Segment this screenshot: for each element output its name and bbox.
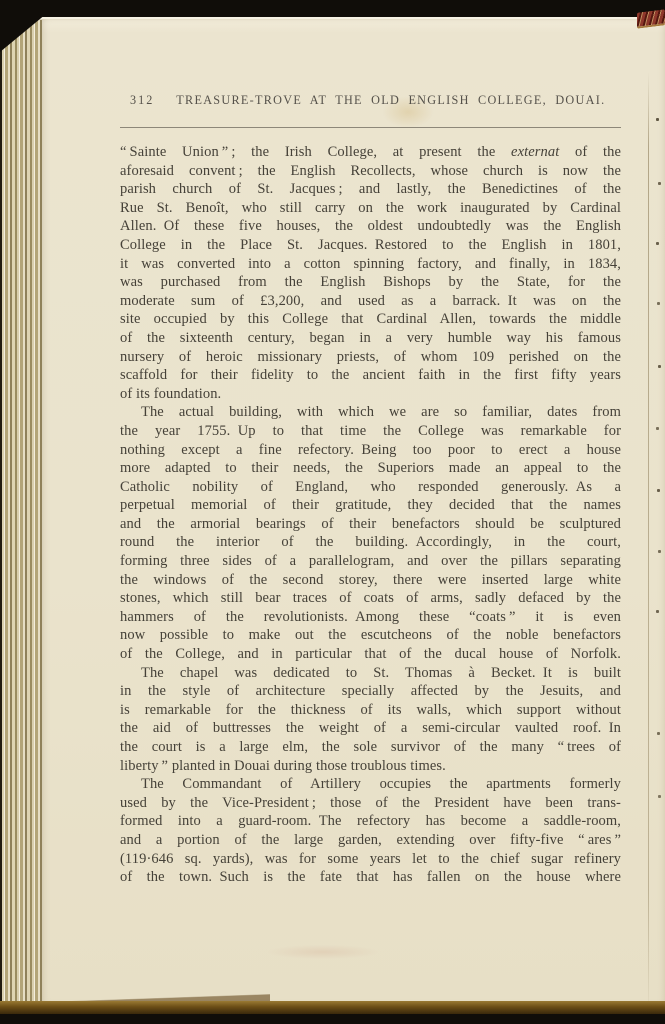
paragraph: The actual building, with which we are s…: [120, 403, 621, 663]
book-cover-bottom-edge: [0, 1001, 665, 1014]
text-line: round the interior of the building. Acco…: [120, 533, 621, 552]
text-line: now possible to make out the escutcheons…: [120, 626, 621, 645]
text-line: stones, which still bear traces of coats…: [120, 589, 621, 608]
text-line: it was converted into a cotton spinning …: [120, 255, 621, 274]
paragraph: The chapel was dedicated to St. Thomas à…: [120, 664, 621, 776]
text-line: The Commandant of Artillery occupies the…: [120, 775, 621, 794]
page-stain: [268, 945, 378, 959]
text-line: in the style of architecture specially a…: [120, 682, 621, 701]
text-line: moderate sum of £3,200, and used as a ba…: [120, 292, 621, 311]
book-headband: [637, 9, 665, 28]
text-line: site occupied by this College that Cardi…: [120, 310, 621, 329]
body-text: “ Sainte Union ” ; the Irish College, at…: [120, 143, 621, 887]
text-line: nursery of heroic missionary priests, of…: [120, 348, 621, 367]
paragraph: “ Sainte Union ” ; the Irish College, at…: [120, 143, 621, 403]
text-line: the windows of the second storey, there …: [120, 571, 621, 590]
text-line: Allen. Of these five houses, the oldest …: [120, 217, 621, 236]
text-line: was purchased from the English Bishops b…: [120, 273, 621, 292]
text-line: of the College, and in particular that o…: [120, 645, 621, 664]
paragraph: The Commandant of Artillery occupies the…: [120, 775, 621, 887]
text-line: is remarkable for the thickness of its w…: [120, 701, 621, 720]
text-line: of its foundation.: [120, 385, 621, 404]
text-line: and a portion of the large garden, exten…: [120, 831, 621, 850]
text-line: nothing except a fine refectory. Being t…: [120, 441, 621, 460]
page-stack-edge: [0, 20, 42, 1006]
text-line: liberty ” planted in Douai during those …: [120, 757, 621, 776]
text-line: (119·646 sq. yards), was for some years …: [120, 850, 621, 869]
scan-specks: [656, 118, 659, 121]
page-header: 312 TREASURE-TROVE AT THE OLD ENGLISH CO…: [120, 93, 621, 108]
page-crease: [648, 72, 649, 1002]
page-number: 312: [130, 93, 154, 108]
text-line: used by the Vice-President ; those of th…: [120, 794, 621, 813]
text-line: The actual building, with which we are s…: [120, 403, 621, 422]
running-title: TREASURE-TROVE AT THE OLD ENGLISH COLLEG…: [176, 93, 605, 108]
text-line: perpetual memorial of their gratitude, t…: [120, 496, 621, 515]
header-rule: [120, 127, 621, 128]
italic-text: externat: [511, 144, 559, 160]
text-line: College in the Place St. Jacques. Restor…: [120, 236, 621, 255]
text-line: parish church of St. Jacques ; and lastl…: [120, 180, 621, 199]
text-line: the year 1755. Up to that time the Colle…: [120, 422, 621, 441]
text-line: more adapted to their needs, the Superio…: [120, 459, 621, 478]
text-line: Catholic nobility of England, who respon…: [120, 478, 621, 497]
text-line: forming three sides of a parallelogram, …: [120, 552, 621, 571]
text-line: of the town. Such is the fate that has f…: [120, 868, 621, 887]
text-line: the court is a large elm, the sole survi…: [120, 738, 621, 757]
text-line: “ Sainte Union ” ; the Irish College, at…: [120, 143, 621, 162]
text-line: of the sixteenth century, began in a ver…: [120, 329, 621, 348]
scanned-book-page: 312 TREASURE-TROVE AT THE OLD ENGLISH CO…: [0, 0, 665, 1024]
text-line: The chapel was dedicated to St. Thomas à…: [120, 664, 621, 683]
text-line: Rue St. Benoît, who still carry on the w…: [120, 199, 621, 218]
text-line: formed into a guard-room. The refectory …: [120, 812, 621, 831]
text-line: the aid of buttresses the weight of a se…: [120, 719, 621, 738]
text-line: and the armorial bearings of their benef…: [120, 515, 621, 534]
text-line: hammers of the revolutionists. Among the…: [120, 608, 621, 627]
text-line: aforesaid convent ; the English Recollec…: [120, 162, 621, 181]
text-line: scaffold for their fidelity to the ancie…: [120, 366, 621, 385]
